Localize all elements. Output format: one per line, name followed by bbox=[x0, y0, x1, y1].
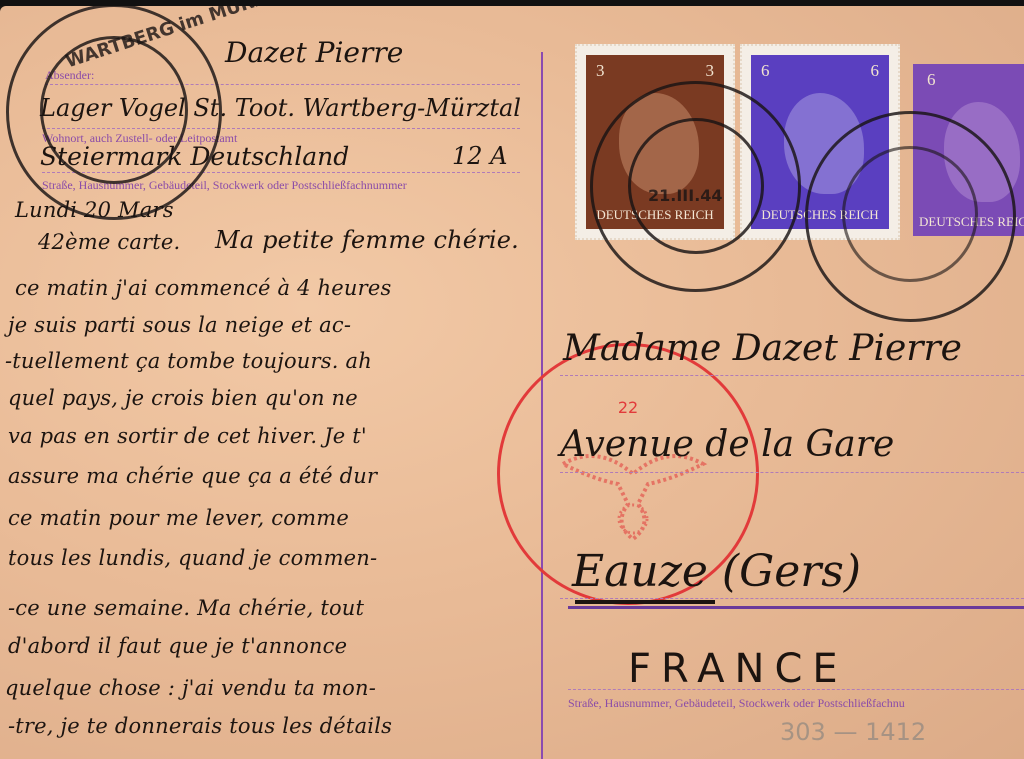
censor-number: 22 bbox=[500, 398, 756, 417]
street-dotline-right bbox=[568, 689, 1024, 690]
recipient-dotline-2 bbox=[560, 472, 1024, 473]
postmark-date: 21.III.44 bbox=[648, 186, 723, 205]
letter-card-number: 42ème carte. bbox=[38, 230, 180, 254]
letter-line: va pas en sortir de cet hiver. Je t' bbox=[8, 424, 367, 448]
letter-line: tous les lundis, quand je commen- bbox=[8, 546, 377, 570]
letter-line: -tuellement ça tombe toujours. ah bbox=[5, 349, 372, 373]
recipient-line3: Eauze (Gers) bbox=[572, 546, 861, 597]
letter-line: -tre, je te donnerais tous les détails bbox=[8, 714, 392, 738]
sender-name: Dazet Pierre bbox=[225, 36, 403, 69]
letter-line: quel pays, je crois bien qu'on ne bbox=[8, 386, 358, 410]
recipient-dotline-3 bbox=[560, 598, 1024, 599]
street-label-right: Straße, Hausnummer, Gebäudeteil, Stockwe… bbox=[568, 696, 905, 711]
city-ink-underline bbox=[575, 600, 715, 604]
letter-line: quelque chose : j'ai vendu ta mon- bbox=[5, 676, 376, 700]
letter-line: ce matin pour me lever, comme bbox=[8, 506, 349, 530]
recipient-dotline-1 bbox=[560, 375, 1024, 376]
postmark-top-left-inner bbox=[40, 36, 188, 184]
letter-line: je suis parti sous la neige et ac- bbox=[8, 313, 351, 337]
letter-line: assure ma chérie que ça a été dur bbox=[8, 464, 377, 488]
sender-code: 12 A bbox=[452, 142, 508, 170]
postmark-right-inner bbox=[842, 146, 978, 282]
recipient-line2: Avenue de la Gare bbox=[560, 424, 894, 465]
postcard: Absender: Wohnort, auch Zustell- oder Le… bbox=[0, 6, 1024, 759]
recipient-line1: Madame Dazet Pierre bbox=[563, 328, 962, 369]
letter-line: ce matin j'ai commencé à 4 heures bbox=[15, 276, 391, 300]
letter-line: -ce une semaine. Ma chérie, tout bbox=[8, 596, 364, 620]
recipient-country: FRANCE bbox=[628, 646, 848, 692]
pencil-note: 303 — 1412 bbox=[780, 718, 926, 746]
letter-line: d'abord il faut que je t'annonce bbox=[8, 634, 347, 658]
letter-salutation: Ma petite femme chérie. bbox=[215, 226, 519, 254]
city-underline bbox=[568, 606, 1024, 609]
